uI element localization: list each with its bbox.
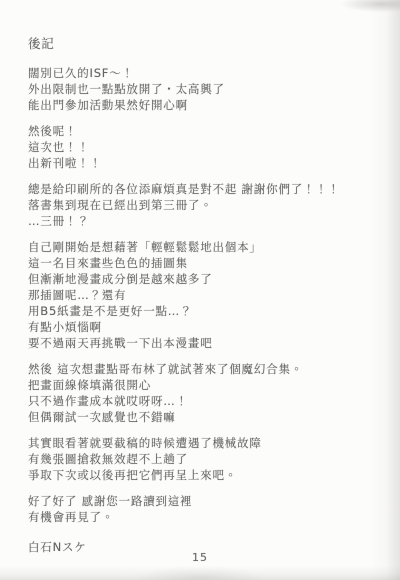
text-line: 只不過作畫成本就哎呀呀…！ (28, 393, 380, 409)
paragraph: 然後 這次想畫點哥布林了就試著來了個魔幻合集。把畫面線條填滿很開心只不過作畫成本… (28, 361, 380, 425)
text-line: 好了好了 感謝您一路讀到這裡 (28, 493, 380, 509)
text-line: 這次也！！ (28, 139, 380, 155)
text-line: 但偶爾試一次感覺也不錯嘛 (28, 409, 380, 425)
text-line: 那插圖呢…？還有 (28, 287, 380, 303)
afterword-text: 闊別已久的ISF～！外出限制也一點點放開了・太高興了能出門參加活動果然好開心啊然… (28, 65, 380, 525)
text-line: 用B5紙畫是不是更好一點…？ (28, 303, 380, 319)
text-line: 要不過兩天再挑戰一下出本漫畫吧 (28, 335, 380, 351)
paragraph: 好了好了 感謝您一路讀到這裡有機會再見了。 (28, 493, 380, 525)
text-line: 外出限制也一點點放開了・太高興了 (28, 81, 380, 97)
text-line: 自己剛開始是想藉著「輕輕鬆鬆地出個本」 (28, 239, 380, 255)
text-line: 有幾張圖搶救無效趕不上趟了 (28, 451, 380, 467)
text-line: 然後 這次想畫點哥布林了就試著來了個魔幻合集。 (28, 361, 380, 377)
text-line: 總是給印刷所的各位添麻煩真是對不起 謝謝你們了！！！ (28, 181, 380, 197)
text-line: 把畫面線條填滿很開心 (28, 377, 380, 393)
text-line: 闊別已久的ISF～！ (28, 65, 380, 81)
text-line: 出新刊啦！！ (28, 155, 380, 171)
text-line: 這一名目來畫些色色的插圖集 (28, 255, 380, 271)
paragraph: 自己剛開始是想藉著「輕輕鬆鬆地出個本」這一名目來畫些色色的插圖集但漸漸地漫畫成分… (28, 239, 380, 351)
scanned-page: 後記 闊別已久的ISF～！外出限制也一點點放開了・太高興了能出門參加活動果然好開… (0, 0, 400, 580)
text-line: 有點小煩惱啊 (28, 319, 380, 335)
text-line: 能出門參加活動果然好開心啊 (28, 97, 380, 113)
text-line: 爭取下次或以後再把它們再呈上來吧。 (28, 467, 380, 483)
text-line: 但漸漸地漫畫成分倒是越來越多了 (28, 271, 380, 287)
text-line: 落書集到現在已經出到第三冊了。 (28, 197, 380, 213)
page-number: 15 (0, 551, 400, 564)
text-line: 然後呢！ (28, 123, 380, 139)
text-line: 其實眼看著就要截稿的時候遭遇了機械故障 (28, 435, 380, 451)
paragraph: 闊別已久的ISF～！外出限制也一點點放開了・太高興了能出門參加活動果然好開心啊 (28, 65, 380, 113)
paragraph: 總是給印刷所的各位添麻煩真是對不起 謝謝你們了！！！落書集到現在已經出到第三冊了… (28, 181, 380, 229)
page-title: 後記 (28, 36, 380, 52)
text-line: 有機會再見了。 (28, 509, 380, 525)
paragraph: 然後呢！這次也！！出新刊啦！！ (28, 123, 380, 171)
text-line: …三冊！？ (28, 213, 380, 229)
paragraph: 其實眼看著就要截稿的時候遭遇了機械故障有幾張圖搶救無效趕不上趟了爭取下次或以後再… (28, 435, 380, 483)
